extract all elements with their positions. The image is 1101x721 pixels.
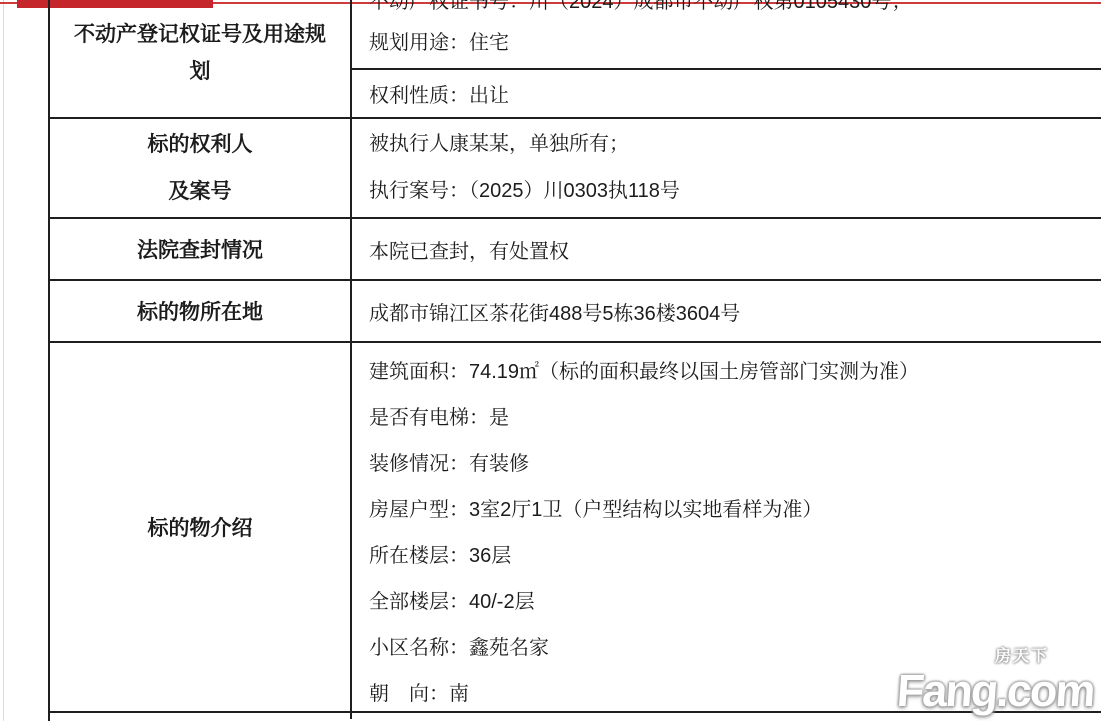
- table-row-certificate: 不动产登记权证号及用途规 划 不动产权证书号：川（2024）成都市不动产权第01…: [50, 0, 1101, 119]
- property-auction-table: 不动产登记权证号及用途规 划 不动产权证书号：川（2024）成都市不动产权第01…: [48, 0, 1101, 721]
- certificate-subcell: 不动产权证书号：川（2024）成都市不动产权第0105430号； 规划用途：住宅: [352, 0, 1101, 70]
- row-label-line: 划: [50, 53, 350, 90]
- document-page: 不动产登记权证号及用途规 划 不动产权证书号：川（2024）成都市不动产权第01…: [0, 0, 1101, 721]
- row-label-line: 标的权利人: [50, 121, 350, 168]
- value-line: 执行案号：（2025）川0303执118号: [369, 168, 1101, 215]
- row-label-obligee: 标的权利人 及案号: [50, 119, 352, 217]
- value-line: 被执行人康某某，单独所有；: [369, 121, 1101, 168]
- row-label-line: 及案号: [50, 168, 350, 215]
- row-value-description: 建筑面积：74.19㎡（标的面积最终以国土房管部门实测为准） 是否有电梯：是 装…: [352, 343, 1101, 711]
- certificate-number-line: 不动产权证书号：川（2024）成都市不动产权第0105430号；: [369, 0, 911, 13]
- row-value-empty: [352, 713, 1101, 719]
- value-line: 朝 向：南: [369, 671, 1101, 717]
- row-value-seizure: 本院已查封，有处置权: [352, 219, 1101, 279]
- value-line: 是否有电梯：是: [369, 395, 1101, 441]
- planning-use-line: 规划用途：住宅: [369, 29, 509, 57]
- row-label-location: 标的物所在地: [50, 281, 352, 341]
- value-line: 所在楼层：36层: [369, 533, 1101, 579]
- row-label-line: 不动产登记权证号及用途规: [50, 16, 350, 53]
- table-row-location: 标的物所在地 成都市锦江区茶花街488号5栋36楼3604号: [50, 281, 1101, 343]
- table-row-next-cut: [50, 713, 1101, 719]
- row-label-seizure: 法院查封情况: [50, 219, 352, 279]
- value-line: 装修情况：有装修: [369, 441, 1101, 487]
- row-value-obligee: 被执行人康某某，单独所有； 执行案号：（2025）川0303执118号: [352, 119, 1101, 217]
- row-label-certificate: 不动产登记权证号及用途规 划: [50, 0, 352, 117]
- value-line: 房屋户型：3室2厅1卫（户型结构以实地看样为准）: [369, 487, 1101, 533]
- value-line: 成都市锦江区茶花街488号5栋36楼3604号: [369, 297, 740, 326]
- table-row-seizure: 法院查封情况 本院已查封，有处置权: [50, 219, 1101, 281]
- right-nature-subcell: 权利性质：出让: [352, 70, 1101, 117]
- page-edge-line: [3, 0, 4, 721]
- value-line: 建筑面积：74.19㎡（标的面积最终以国土房管部门实测为准）: [369, 349, 1101, 395]
- table-row-obligee: 标的权利人 及案号 被执行人康某某，单独所有； 执行案号：（2025）川0303…: [50, 119, 1101, 219]
- row-label-description: 标的物介绍: [50, 343, 352, 711]
- value-line: 全部楼层：40/-2层: [369, 579, 1101, 625]
- row-value-location: 成都市锦江区茶花街488号5栋36楼3604号: [352, 281, 1101, 341]
- table-row-description: 标的物介绍 建筑面积：74.19㎡（标的面积最终以国土房管部门实测为准） 是否有…: [50, 343, 1101, 713]
- right-nature-line: 权利性质：出让: [369, 79, 509, 108]
- value-line: 小区名称：鑫苑名家: [369, 625, 1101, 671]
- row-value-certificate: 不动产权证书号：川（2024）成都市不动产权第0105430号； 规划用途：住宅…: [352, 0, 1101, 117]
- value-line: 本院已查封，有处置权: [369, 235, 569, 264]
- row-label-empty: [50, 713, 352, 719]
